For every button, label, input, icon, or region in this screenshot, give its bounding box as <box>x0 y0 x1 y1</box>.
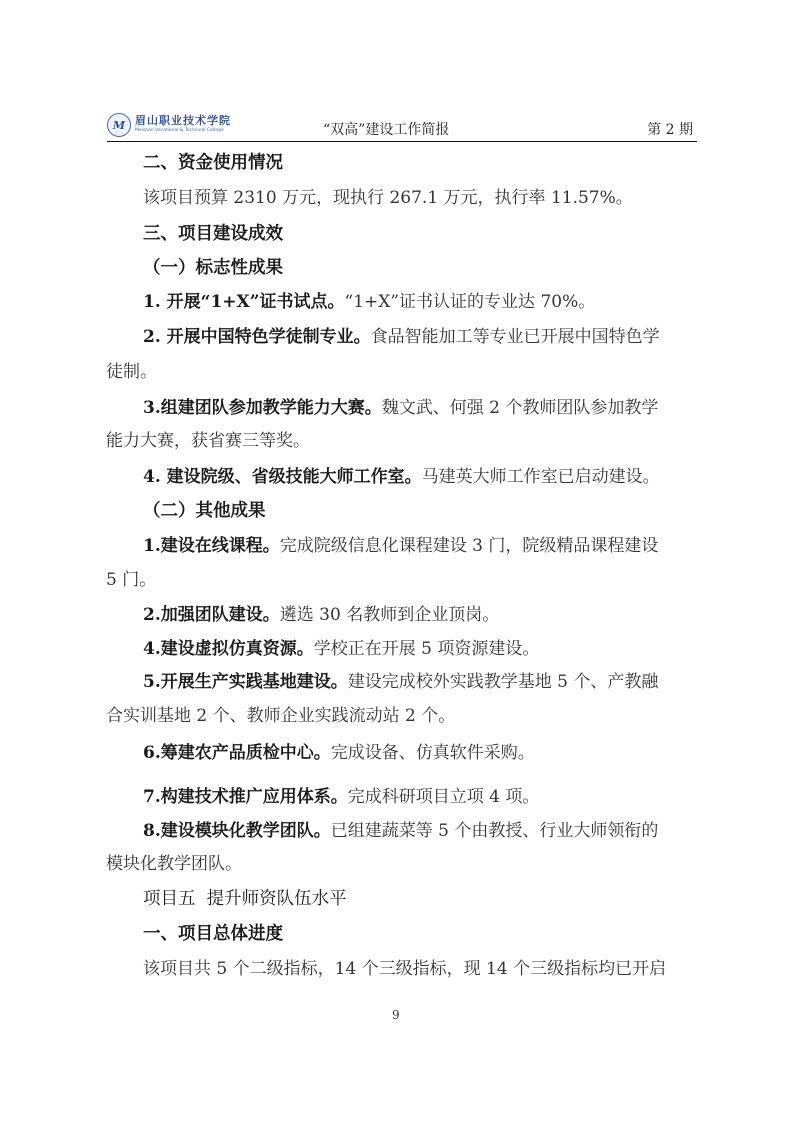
list-item: 3.组建团队参加教学能力大赛。魏文武、何强 2 个教师团队参加教学 <box>143 397 735 419</box>
heading-landmark-results: （一）标志性成果 <box>143 257 735 279</box>
college-emblem-icon: M <box>107 113 131 137</box>
college-logo: M 眉山职业技术学院 Meishan Vocational & Technica… <box>107 112 232 140</box>
item-lead: 4. 建设院级、省级技能大师工作室。 <box>143 467 422 487</box>
item-continuation: 合实训基地 2 个、教师企业实践流动站 2 个。 <box>106 705 698 727</box>
list-item: 8.建设模块化教学团队。已组建蔬菜等 5 个由教授、行业大师领衔的 <box>143 820 735 842</box>
list-item: 2.加强团队建设。遴选 30 名教师到企业顶岗。 <box>143 604 735 626</box>
list-item: 5.开展生产实践基地建设。建设完成校外实践教学基地 5 个、产教融 <box>143 671 735 693</box>
issue-number: 第 2 期 <box>647 119 693 139</box>
item-lead: 2.加强团队建设。 <box>143 605 280 625</box>
list-item: 1. 开展“1+X”证书试点。“1+X”证书认证的专业达 70%。 <box>143 291 735 313</box>
item-continuation: 5 门。 <box>106 569 698 591</box>
item-continuation: 能力大赛，获省赛三等奖。 <box>106 430 698 452</box>
header-divider <box>107 141 697 142</box>
item-lead: 2. 开展中国特色学徒制专业。 <box>143 327 371 347</box>
page-number: 9 <box>392 1008 400 1022</box>
college-name-en: Meishan Vocational & Technical College <box>135 128 224 133</box>
item-text: 完成院级信息化课程建设 3 门，院级精品课程建设 <box>280 536 659 556</box>
item-lead: 8.建设模块化教学团队。 <box>143 821 331 841</box>
item-lead: 7.构建技术推广应用体系。 <box>143 787 348 807</box>
item-text: 魏文武、何强 2 个教师团队参加教学 <box>382 398 659 418</box>
heading-funds: 二、资金使用情况 <box>143 152 735 174</box>
heading-other-results: （二）其他成果 <box>143 500 735 522</box>
item-text: 完成设备、仿真软件采购。 <box>331 743 535 763</box>
list-item: 7.构建技术推广应用体系。完成科研项目立项 4 项。 <box>143 786 735 808</box>
bulletin-title: “双高”建设工作简报 <box>323 119 449 139</box>
list-item: 2. 开展中国特色学徒制专业。食品智能加工等专业已开展中国特色学 <box>143 326 735 348</box>
page-header: M 眉山职业技术学院 Meishan Vocational & Technica… <box>107 110 697 142</box>
item-lead: 5.开展生产实践基地建设。 <box>143 672 348 692</box>
project5-title: 项目五 提升师资队伍水平 <box>143 888 735 910</box>
item-lead: 1. 开展“1+X”证书试点。 <box>143 292 345 312</box>
item-text: 完成科研项目立项 4 项。 <box>348 787 540 807</box>
item-lead: 6.筹建农产品质检中心。 <box>143 743 331 763</box>
item-text: “1+X”证书认证的专业达 70%。 <box>345 292 596 312</box>
list-item: 4.建设虚拟仿真资源。学校正在开展 5 项资源建设。 <box>143 638 735 660</box>
item-text: 已组建蔬菜等 5 个由教授、行业大师领衔的 <box>331 821 659 841</box>
item-text: 建设完成校外实践教学基地 5 个、产教融 <box>348 672 659 692</box>
item-text: 马建英大师工作室已启动建设。 <box>422 467 660 487</box>
college-name-cn: 眉山职业技术学院 <box>135 112 231 128</box>
item-text: 学校正在开展 5 项资源建设。 <box>314 639 540 659</box>
item-lead: 1.建设在线课程。 <box>143 536 280 556</box>
funds-text: 该项目预算 2310 万元，现执行 267.1 万元，执行率 11.57%。 <box>143 187 735 209</box>
heading-results: 三、项目建设成效 <box>143 223 735 245</box>
heading-overall-progress: 一、项目总体进度 <box>143 923 735 945</box>
item-lead: 4.建设虚拟仿真资源。 <box>143 639 314 659</box>
progress-text: 该项目共 5 个二级指标，14 个三级指标，现 14 个三级指标均已开启 <box>143 958 735 980</box>
list-item: 4. 建设院级、省级技能大师工作室。马建英大师工作室已启动建设。 <box>143 466 735 488</box>
item-lead: 3.组建团队参加教学能力大赛。 <box>143 398 382 418</box>
item-continuation: 模块化教学团队。 <box>106 853 698 875</box>
item-continuation: 徒制。 <box>106 361 698 383</box>
list-item: 1.建设在线课程。完成院级信息化课程建设 3 门，院级精品课程建设 <box>143 535 735 557</box>
item-text: 食品智能加工等专业已开展中国特色学 <box>371 327 660 347</box>
list-item: 6.筹建农产品质检中心。完成设备、仿真软件采购。 <box>143 742 735 764</box>
item-text: 遴选 30 名教师到企业顶岗。 <box>280 605 499 625</box>
